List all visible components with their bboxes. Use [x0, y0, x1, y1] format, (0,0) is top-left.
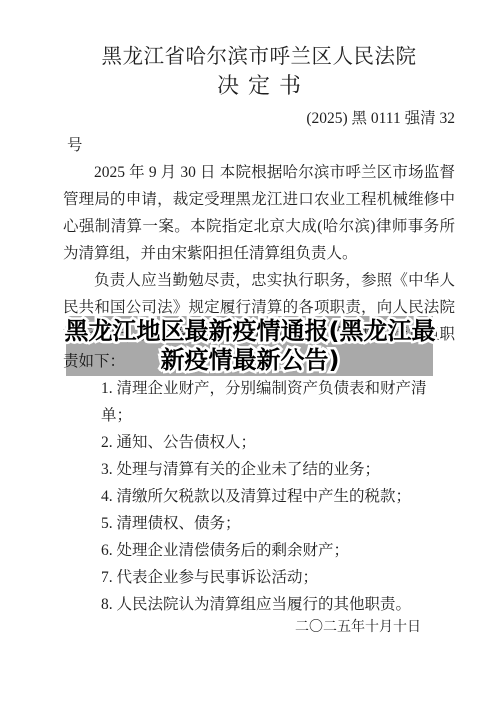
- duty-item: 2. 通知、公告债权人；: [101, 429, 455, 456]
- overlay-headline: 黑龙江地区最新疫情通报(黑龙江最 新疫情最新公告): [0, 317, 500, 375]
- duty-item: 6. 处理企业清偿债务后的剩余财产；: [101, 537, 455, 564]
- case-number-wrap: 号: [63, 132, 455, 159]
- duty-item: 5. 清理债权、债务；: [101, 510, 455, 537]
- duty-list: 1. 清理企业财产，分别编制资产负债表和财产清单； 2. 通知、公告债权人； 3…: [63, 375, 455, 618]
- duty-item: 3. 处理与清算有关的企业未了结的业务；: [101, 456, 455, 483]
- case-number: (2025) 黑 0111 强清 32: [63, 105, 455, 132]
- court-name: 黑龙江省哈尔滨市呼兰区人民法院: [63, 44, 455, 70]
- document-type-title: 决定书: [63, 72, 455, 99]
- duty-item: 1. 清理企业财产，分别编制资产负债表和财产清单；: [101, 375, 455, 429]
- paragraph-case-acceptance: 2025 年 9 月 30 日 本院根据哈尔滨市呼兰区市场监督管理局的申请，裁定…: [63, 159, 455, 267]
- overlay-headline-line2: 新疫情最新公告): [0, 346, 500, 375]
- document-page: 黑龙江省哈尔滨市呼兰区人民法院 决定书 (2025) 黑 0111 强清 32 …: [0, 0, 500, 706]
- duty-item: 4. 清缴所欠税款以及清算过程中产生的税款；: [101, 483, 455, 510]
- overlay-headline-line1: 黑龙江地区最新疫情通报(黑龙江最: [0, 317, 500, 346]
- document-date: 二〇二五年十月十日: [63, 614, 455, 641]
- duty-item: 7. 代表企业参与民事诉讼活动；: [101, 564, 455, 591]
